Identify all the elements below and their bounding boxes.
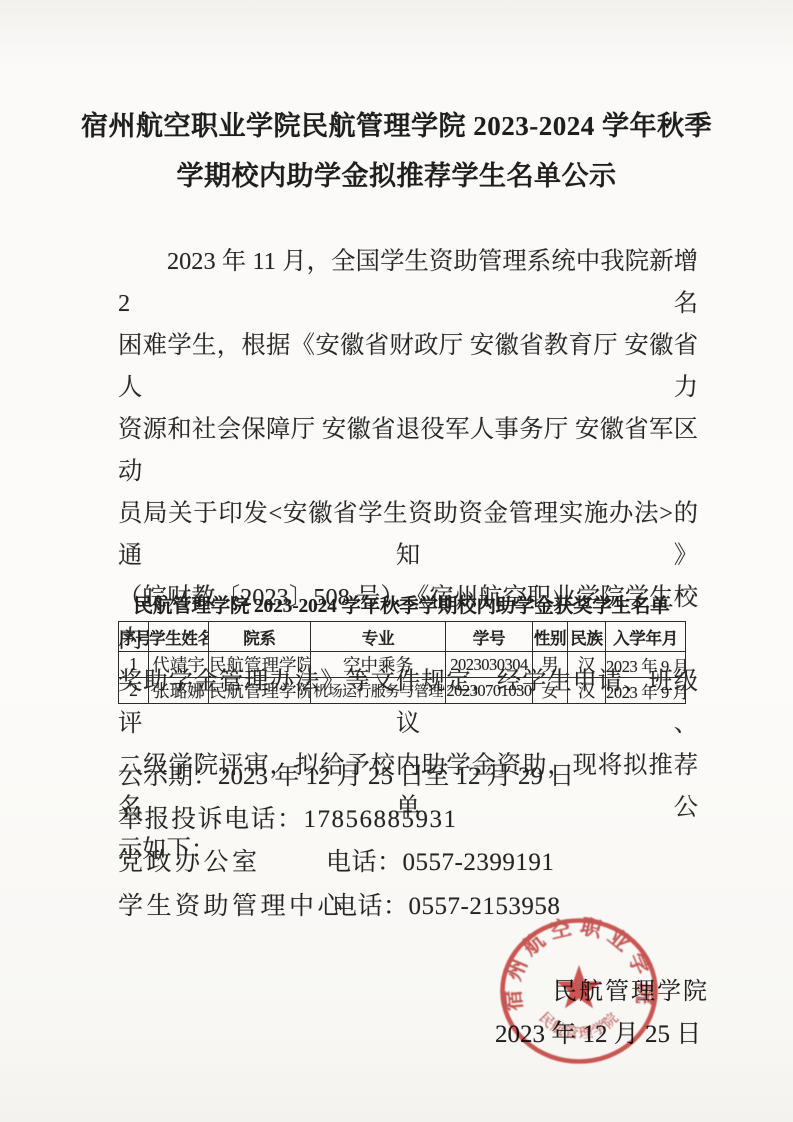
header-cell-college: 院系 (209, 622, 311, 652)
cell-ethnicity: 汉 (568, 652, 606, 678)
signature-department: 民航管理学院 (553, 971, 709, 1006)
doc-title-line-1: 宿州航空职业学院民航管理学院 2023-2024 学年秋季 (0, 101, 793, 151)
publicity-period: 公示期：2023 年 12 月 25 日至 12 月 29 日 (118, 756, 574, 792)
header-cell-student-id: 学号 (446, 622, 533, 652)
cell-student-id: 2023030304 (446, 652, 533, 678)
cell-enroll-date: 2023 年 9 月 (606, 678, 686, 704)
award-table: 序号 学生姓名 院系 专业 学号 性别 民族 入学年月 1 代靖宇 民航管理学院… (118, 621, 686, 704)
paragraph-line: 资源和社会保障厅 安徽省退役军人事务厅 安徽省军区动 (118, 409, 698, 493)
header-cell-index: 序号 (119, 622, 149, 652)
cell-college: 民航管理学院 (209, 678, 311, 704)
cell-enroll-date: 2023 年 9 月 (606, 652, 686, 678)
cell-name: 张璐娜 (149, 678, 209, 704)
header-cell-gender: 性别 (533, 622, 568, 652)
cell-major: 空中乘务 (311, 652, 446, 678)
signature-date: 2023 年 12 月 25 日 (495, 1014, 701, 1050)
cell-gender: 女 (533, 678, 568, 704)
doc-title: 宿州航空职业学院民航管理学院 2023-2024 学年秋季 学期校内助学金拟推荐… (0, 101, 793, 201)
cell-major: 机场运行服务与管理 (311, 678, 446, 704)
office-label: 学生资助管理中心 (118, 893, 346, 920)
header-cell-name: 学生姓名 (149, 622, 209, 652)
table-caption: 民航管理学院 2023-2024 学年秋季学期校内助学金获奖学生名单 (10, 590, 793, 618)
office-line-aid-center: 学生资助管理中心 电话：0557-2153958 (118, 886, 678, 922)
cell-college: 民航管理学院 (209, 652, 311, 678)
table-header-row: 序号 学生姓名 院系 专业 学号 性别 民族 入学年月 (119, 622, 686, 652)
office-phone: 电话：0557-2399191 (326, 842, 554, 878)
header-cell-major: 专业 (311, 622, 446, 652)
paragraph-line: 2023 年 11 月，全国学生资助管理系统中我院新增 2 名 (118, 241, 698, 325)
office-phone: 电话：0557-2153958 (332, 886, 560, 922)
cell-name: 代靖宇 (149, 652, 209, 678)
table-row: 1 代靖宇 民航管理学院 空中乘务 2023030304 男 汉 2023 年 … (119, 652, 686, 678)
cell-ethnicity: 汉 (568, 678, 606, 704)
doc-title-line-2: 学期校内助学金拟推荐学生名单公示 (0, 151, 793, 201)
office-line-admin: 党政办公室 电话：0557-2399191 (118, 842, 678, 878)
office-label: 党政办公室 (118, 849, 261, 876)
cell-gender: 男 (533, 652, 568, 678)
table-row: 2 张璐娜 民航管理学院 机场运行服务与管理 20230701030 女 汉 2… (119, 678, 686, 704)
cell-index: 2 (119, 678, 149, 704)
document-page: 宿州航空职业学院民航管理学院 2023-2024 学年秋季 学期校内助学金拟推荐… (0, 0, 793, 1122)
report-phone-line: 举报投诉电话：17856885931 (118, 799, 458, 835)
paragraph-line: 员局关于印发<安徽省学生资助资金管理实施办法>的通知》 (118, 493, 698, 577)
cell-student-id: 20230701030 (446, 678, 533, 704)
cell-index: 1 (119, 652, 149, 678)
header-cell-enroll-date: 入学年月 (606, 622, 686, 652)
paragraph-line: 困难学生，根据《安徽省财政厅 安徽省教育厅 安徽省人力 (118, 325, 698, 409)
header-cell-ethnicity: 民族 (568, 622, 606, 652)
